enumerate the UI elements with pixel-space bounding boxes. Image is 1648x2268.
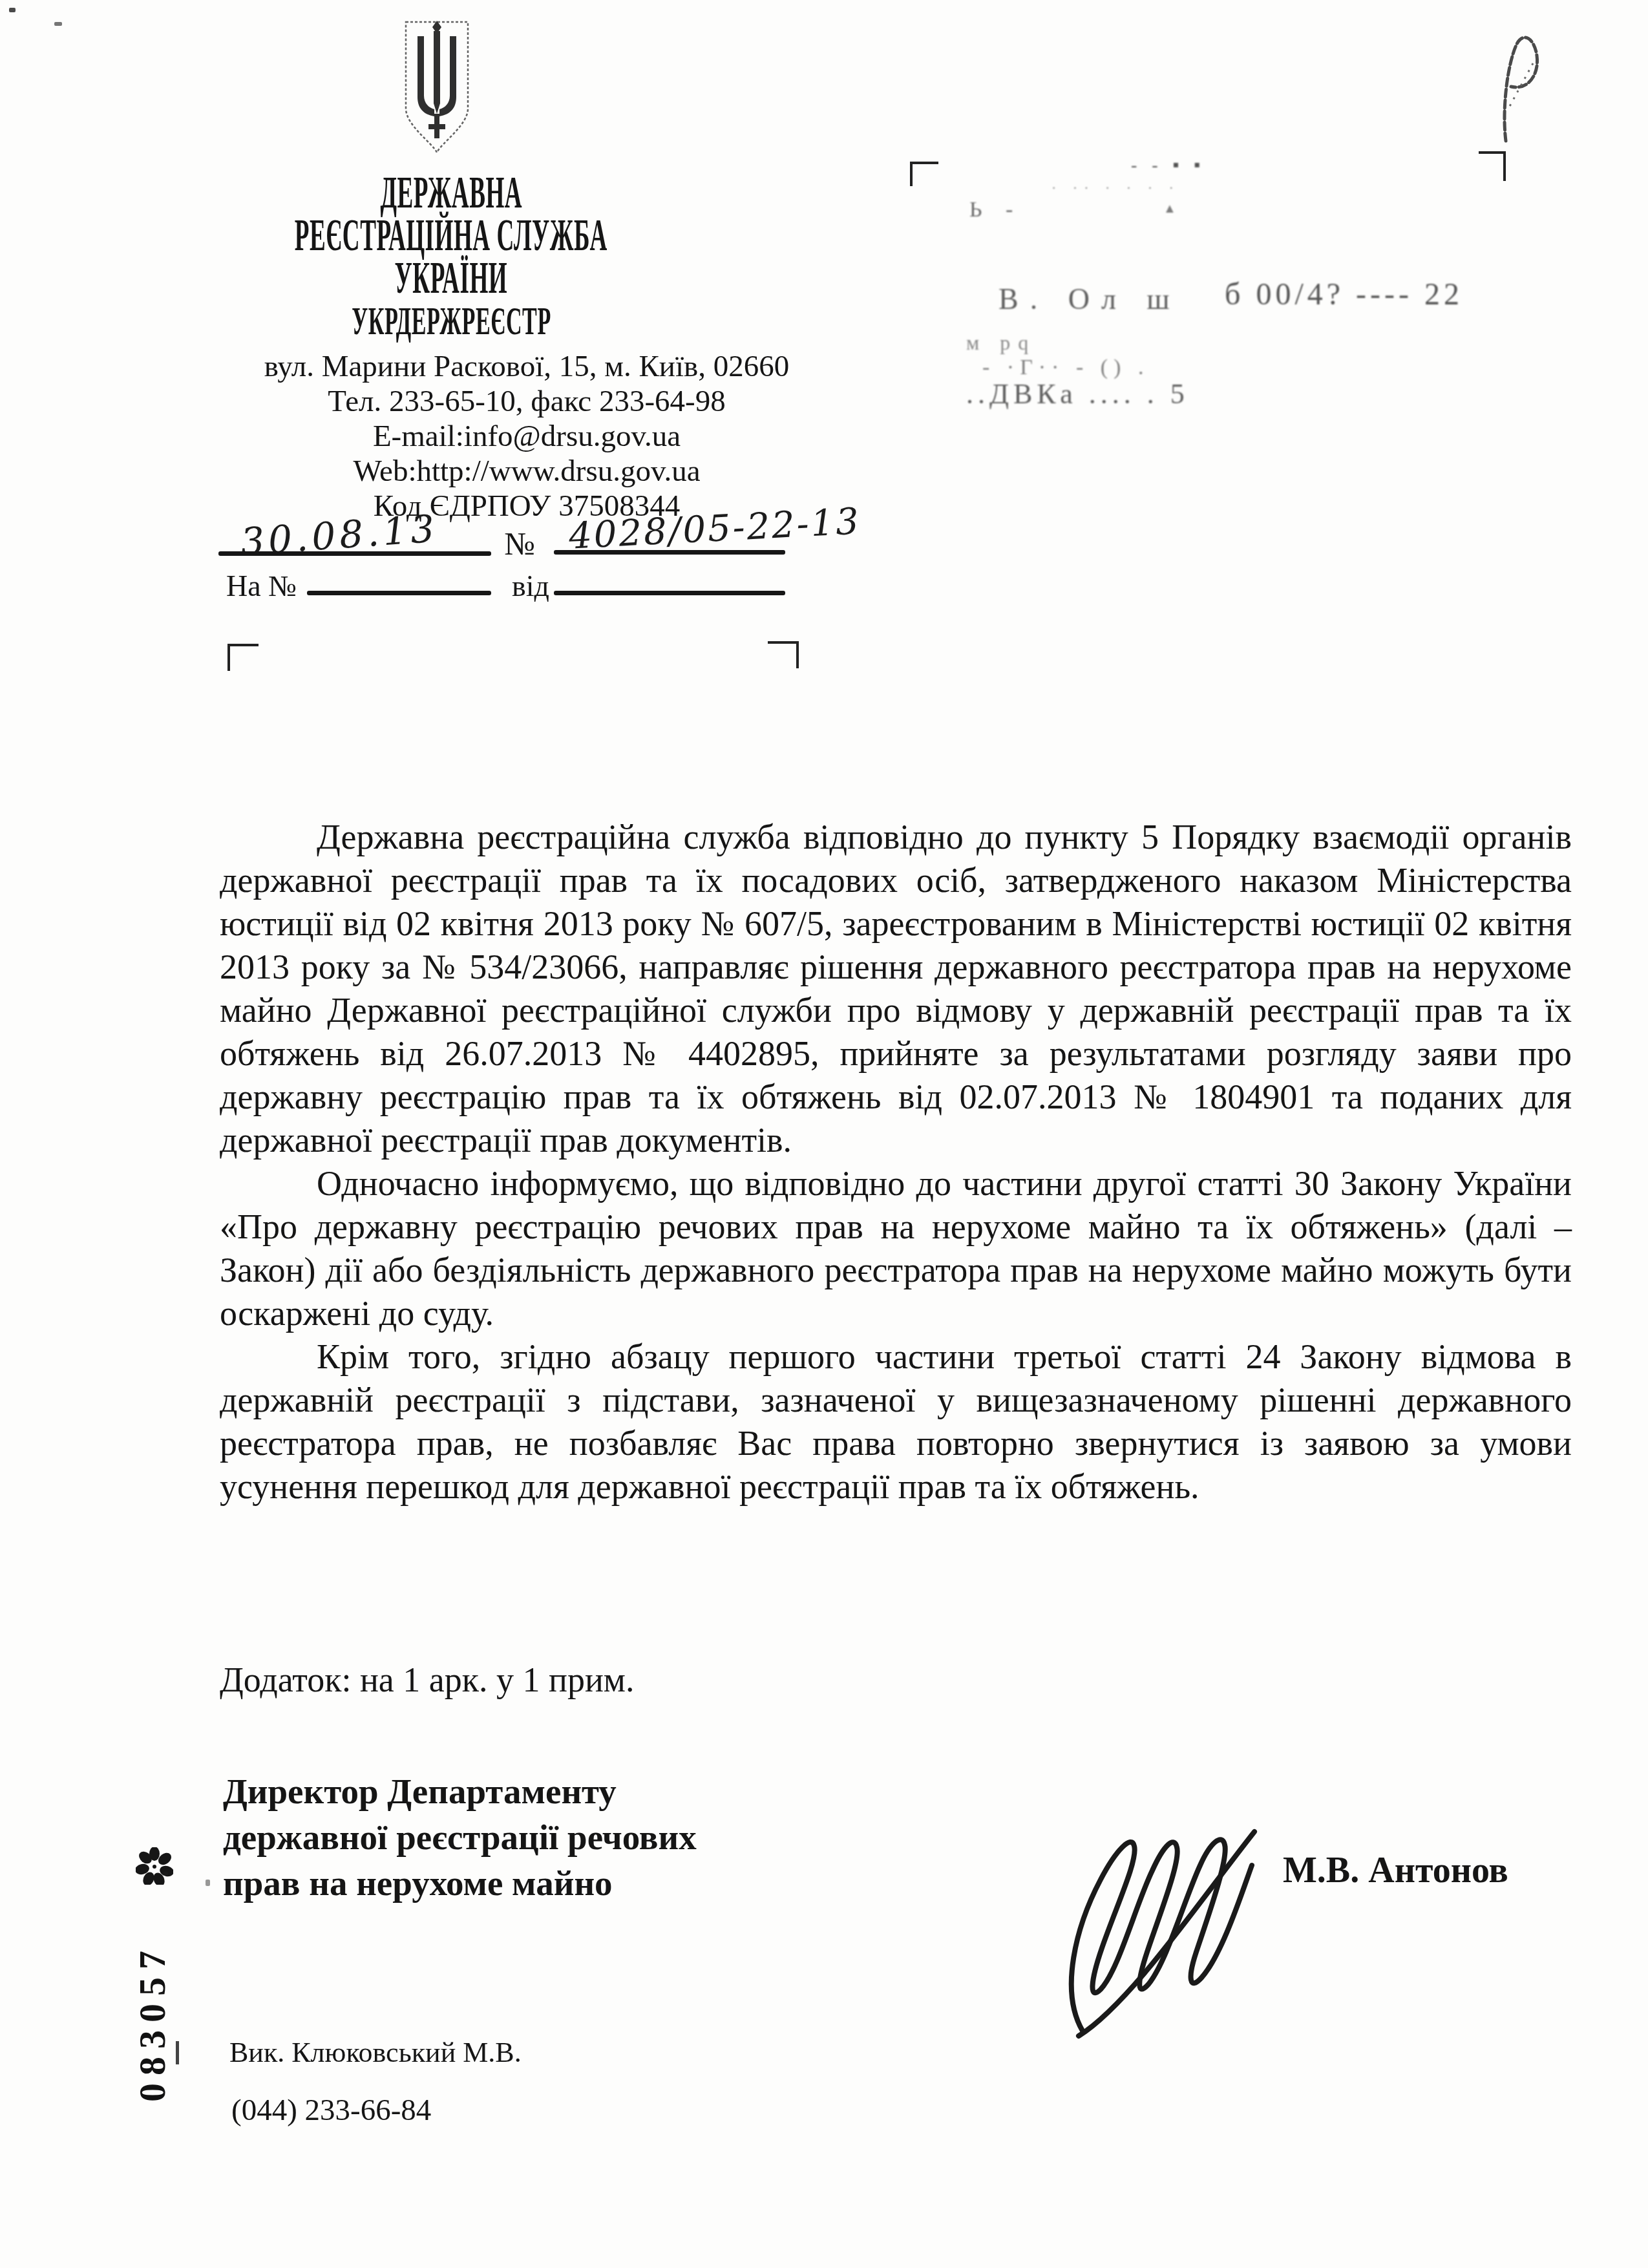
number-label: № — [504, 525, 535, 562]
signer-position-line: прав на нерухоме майно — [223, 1860, 697, 1906]
reply-date-underline — [554, 591, 785, 595]
org-address: вул. Марини Раскової, 15, м. Київ, 02660 — [236, 349, 818, 384]
body-paragraph: Державна реєстраційна служба відповідно … — [220, 816, 1572, 1162]
org-short-name: УКРДЕРЖРЕЄСТР — [225, 300, 677, 343]
letterhead-contacts: вул. Марини Раскової, 15, м. Київ, 02660… — [236, 349, 818, 524]
faded-addressee-fragment: Ь - — [969, 198, 1022, 222]
executor-name: Вик. Клюковський М.В. — [229, 2036, 522, 2069]
scan-speck — [54, 22, 62, 26]
reply-to-number-label: На № — [226, 569, 297, 603]
signature-scrawl — [1063, 1803, 1263, 2042]
vertical-stamp-number: 083057 — [131, 1943, 174, 2102]
faded-addressee-fragment: м рq — [966, 331, 1036, 355]
flower-stamp-icon — [136, 1847, 173, 1885]
body-paragraph: Одночасно інформуємо, що відповідно до ч… — [220, 1162, 1572, 1335]
handwritten-p-mark — [1494, 32, 1539, 149]
faded-addressee-fragment: · ·· · · · · — [1051, 180, 1180, 196]
org-name-line: ДЕРЖАВНА — [225, 172, 677, 215]
signer-position-line: Директор Департаменту — [223, 1768, 697, 1814]
faded-addressee-fragment: ▲ — [1163, 202, 1176, 217]
date-underline — [218, 551, 491, 556]
org-email: E-mail:info@drsu.gov.ua — [236, 419, 818, 454]
faded-addressee-fragment: ..ДВКа .... . 5 — [966, 377, 1189, 410]
faded-addressee-fragment: - - ▪ ▪ — [1131, 155, 1206, 176]
stamp-tick-mark — [176, 2041, 179, 2064]
address-window-corner-mark — [227, 644, 259, 671]
scan-speck — [9, 8, 16, 12]
reply-from-date-label: від — [512, 569, 549, 603]
coat-of-arms-icon — [402, 17, 472, 158]
org-name-line: УКРАЇНИ — [225, 257, 677, 300]
executor-phone: (044) 233-66-84 — [231, 2093, 431, 2128]
attachment-note: Додаток: на 1 арк. у 1 прим. — [220, 1660, 635, 1700]
signer-name: М.В. Антонов — [1283, 1850, 1508, 1891]
address-window-corner-mark — [1479, 151, 1506, 181]
faded-addressee-fragment: В. Ол ш — [998, 282, 1181, 316]
signer-position-line: державної реєстрації речових — [223, 1814, 697, 1860]
letter-body: Державна реєстраційна служба відповідно … — [220, 816, 1572, 1509]
org-web: Web:http://www.drsu.gov.ua — [236, 454, 818, 489]
org-name-line: РЕЄСТРАЦІЙНА СЛУЖБА — [225, 215, 677, 257]
scan-speck — [206, 1880, 210, 1886]
faded-addressee-fragment: б 00/4? ---- 22 — [1225, 277, 1463, 312]
letterhead-org-name: ДЕРЖАВНА РЕЄСТРАЦІЙНА СЛУЖБА УКРАЇНИ УКР… — [225, 172, 677, 343]
org-phone-fax: Тел. 233-65-10, факс 233-64-98 — [236, 384, 818, 419]
number-underline — [554, 550, 785, 555]
scanned-letter-page: ДЕРЖАВНА РЕЄСТРАЦІЙНА СЛУЖБА УКРАЇНИ УКР… — [0, 0, 1648, 2268]
signer-position: Директор Департаменту державної реєстрац… — [223, 1768, 697, 1906]
address-window-corner-mark — [768, 641, 799, 668]
faded-addressee-fragment: - ·Г·· - () . — [982, 355, 1149, 380]
reply-number-underline — [307, 591, 491, 595]
scan-speck — [163, 1872, 168, 1876]
body-paragraph: Крім того, згідно абзацу першого частини… — [220, 1335, 1572, 1509]
address-window-corner-mark — [910, 162, 938, 186]
